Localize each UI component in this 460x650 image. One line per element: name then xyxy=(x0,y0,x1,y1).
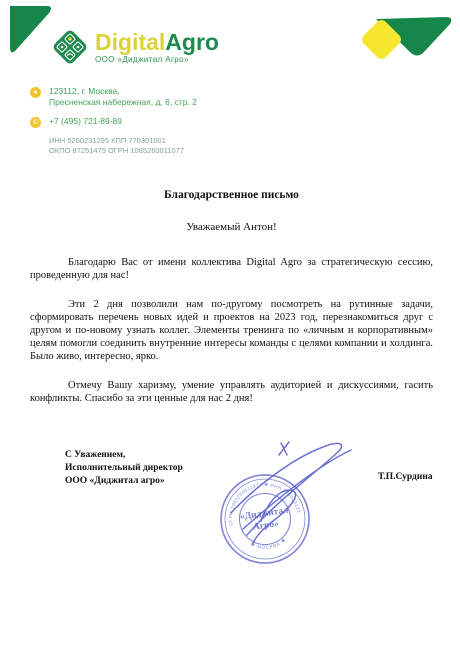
digitalagro-diamond-logo-icon xyxy=(50,27,90,67)
letter-page: DigitalAgro ООО «Диджитал Агро» ● 123112… xyxy=(0,0,460,650)
phone-icon: ✆ xyxy=(30,117,41,128)
signature-closing-block: С Уважением, Исполнительный директор ООО… xyxy=(65,449,183,488)
letter-body: Благодарю Вас от имени коллектива Digita… xyxy=(30,256,433,421)
contact-block: ● 123112, г. Москва, Пресненская набереж… xyxy=(30,86,300,155)
closing-line: С Уважением, xyxy=(65,449,183,462)
inn-kpp-line: ИНН 5260231295 КПП 770301001 xyxy=(49,136,300,146)
stamp-and-signature: ОГРН 1085260011077 ✱ ИНН 5260231295 ✱ МО… xyxy=(195,437,375,585)
letter-title: Благодарственное письмо xyxy=(30,189,433,201)
address-row: ● 123112, г. Москва, Пресненская набереж… xyxy=(30,86,300,107)
okpo-ogrn-line: ОКПО 87251475 ОГРН 1085260011077 xyxy=(49,146,300,156)
brand-digital: Digital xyxy=(95,29,165,55)
paragraph-1: Благодарю Вас от имени коллектива Digita… xyxy=(30,256,433,282)
paragraph-2: Эти 2 дня позволили нам по-другому посмо… xyxy=(30,298,433,363)
phone-text: +7 (495) 721-89-89 xyxy=(49,116,122,127)
logo: DigitalAgro ООО «Диджитал Агро» xyxy=(50,27,219,67)
address-text: 123112, г. Москва, Пресненская набережна… xyxy=(49,86,197,107)
address-line2: Пресненская набережная, д. 6, стр. 2 xyxy=(49,97,197,107)
signer-title: Исполнительный директор xyxy=(65,462,183,475)
company-stamp-icon: ОГРН 1085260011077 ✱ ИНН 5260231295 ✱ МО… xyxy=(195,437,375,585)
decor-yellow-diamond xyxy=(360,18,404,62)
paragraph-3: Отмечу Вашу харизму, умение управлять ау… xyxy=(30,379,433,405)
signer-company: ООО «Диджитал агро» xyxy=(65,475,183,488)
signer-name: Т.П.Сурдина xyxy=(378,472,433,482)
salutation: Уважаемый Антон! xyxy=(30,221,433,233)
decor-green-triangle xyxy=(376,17,451,56)
phone-row: ✆ +7 (495) 721-89-89 xyxy=(30,116,300,128)
registration-numbers: ИНН 5260231295 КПП 770301001 ОКПО 872514… xyxy=(49,136,300,155)
brand-agro: Agro xyxy=(165,29,219,55)
brand-subtitle: ООО «Диджитал Агро» xyxy=(95,55,219,64)
corner-shapes-green-yellow-icon xyxy=(338,0,460,75)
handwritten-signature-icon xyxy=(231,442,351,543)
brand-name: DigitalAgro xyxy=(95,30,219,54)
address-line1: 123112, г. Москва, xyxy=(49,86,120,96)
location-icon: ● xyxy=(30,87,41,98)
